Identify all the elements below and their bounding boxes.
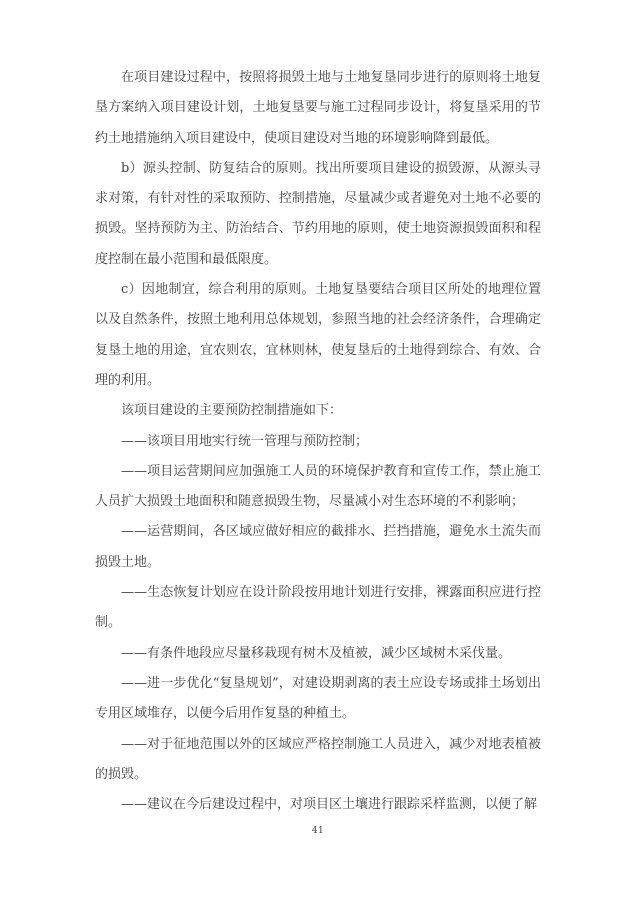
measure-item-3: ——运营期间，各区域应做好相应的截排水、拦挡措施，避免水土流失而损毁土地。: [95, 517, 541, 578]
document-page: 在项目建设过程中，按照将损毁土地与土地复垦同步进行的原则将土地复垦方案纳入项目建…: [0, 0, 634, 897]
measure-item-6: ——进一步优化“复垦规划”，对建设期剥离的表土应设专场或排土场划出专用区域堆存，…: [95, 669, 541, 730]
paragraph-intro: 在项目建设过程中，按照将损毁土地与土地复垦同步进行的原则将土地复垦方案纳入项目建…: [95, 63, 541, 154]
measure-item-4: ——生态恢复计划应在设计阶段按用地计划进行安排，裸露面积应进行控制。: [95, 578, 541, 639]
paragraph-principle-c: c）因地制宜，综合利用的原则。土地复垦要结合项目区所处的地理位置以及自然条件，按…: [95, 275, 541, 396]
measure-item-8: ——建议在今后建设过程中，对项目区土壤进行跟踪采样监测，以便了解: [95, 790, 541, 820]
page-number: 41: [95, 826, 541, 836]
measure-item-2: ——项目运营期间应加强施工人员的环境保护教育和宣传工作，禁止施工人员扩大损毁土地…: [95, 457, 541, 518]
measure-item-1: ——该项目用地实行统一管理与预防控制；: [95, 427, 541, 457]
paragraph-principle-b: b）源头控制、防复结合的原则。找出所要项目建设的损毁源，从源头寻求对策，有针对性…: [95, 154, 541, 275]
text-body: 在项目建设过程中，按照将损毁土地与土地复垦同步进行的原则将土地复垦方案纳入项目建…: [95, 63, 541, 820]
measure-item-5: ——有条件地段应尽量移栽现有树木及植被，减少区域树木采伐量。: [95, 639, 541, 669]
paragraph-measures-heading: 该项目建设的主要预防控制措施如下：: [95, 396, 541, 426]
measure-item-7: ——对于征地范围以外的区域应严格控制施工人员进入，减少对地表植被的损毁。: [95, 730, 541, 791]
